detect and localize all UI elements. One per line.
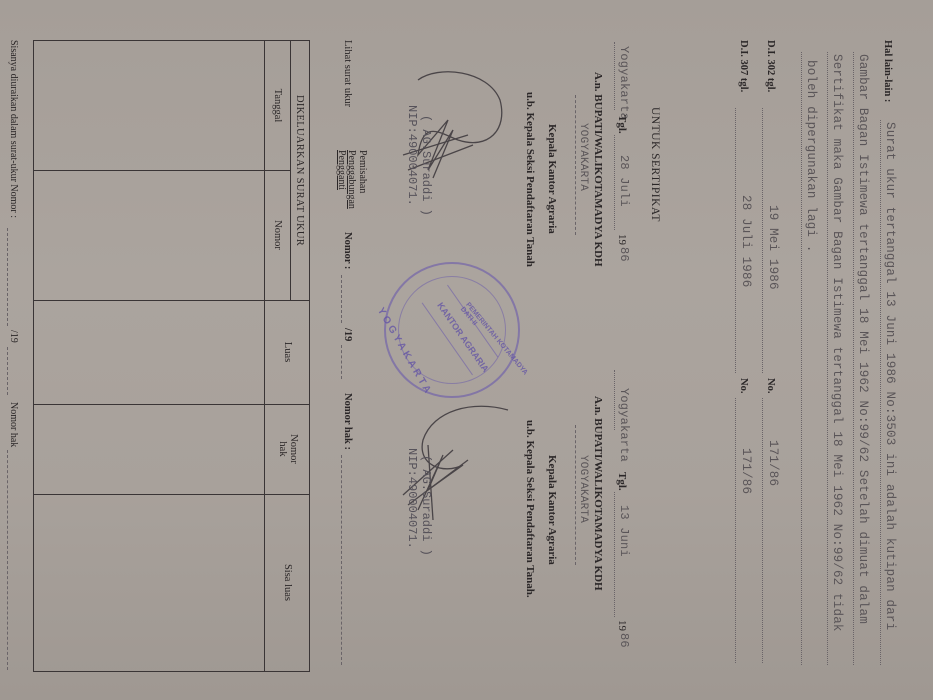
untuk-sertipikat-signer-name: ( AG.Suraddi ) — [419, 115, 433, 216]
dotted-rule — [614, 492, 615, 617]
surat-ukur-signer-nip: NIP:490004071. — [405, 448, 419, 549]
table-group-header: DIKELUARKAN SURAT UKUR — [294, 41, 305, 300]
dotted-rule — [762, 108, 763, 373]
dotted-rule — [575, 95, 576, 235]
di-307-no-label: No. — [738, 378, 749, 393]
surat-ukur-region: YOGYAKARTA — [577, 455, 589, 523]
dotted-rule — [614, 42, 615, 110]
dotted-rule — [7, 228, 8, 326]
hal-lain-lain-label: Hal lain-lain : — [882, 40, 893, 102]
di-302-no: 171/86 — [766, 440, 780, 486]
untuk-sertipikat-an-line: A.n. BUPATI/WALIKOTAMADYA KDH — [592, 72, 604, 267]
dotted-rule — [7, 450, 8, 670]
footer-label: Sisanya diuraikan dalam surat-ukur Nomor… — [8, 40, 19, 218]
dotted-rule — [341, 275, 342, 323]
hal-lain-lain-line-1: Surat ukur tertanggal 13 Juni 1986 No:35… — [883, 122, 897, 630]
surat-ukur-office: Kepala Kantor Agraria — [546, 455, 558, 565]
lihat-surat-ukur-label: Lihat surat ukur — [342, 40, 353, 107]
untuk-sertipikat-signer-nip: NIP:490004071. — [405, 105, 419, 206]
untuk-sertipikat-date: 28 Juli — [617, 155, 631, 207]
option-pemisahan: Pemisahan — [357, 150, 368, 209]
table-col-divider — [34, 300, 309, 301]
di-302-label: D.I. 302 tgl. — [765, 40, 776, 92]
dotted-rule — [853, 52, 854, 665]
di-302-no-label: No. — [765, 378, 776, 393]
dotted-rule — [801, 52, 802, 665]
untuk-sertipikat-place: Yogyakarta — [617, 46, 631, 120]
dotted-rule — [735, 108, 736, 373]
dotted-rule — [735, 398, 736, 663]
dotted-rule — [827, 52, 828, 665]
surat-ukur-ub-line: u.b. Kepala Seksi Pendaftaran Tanah. — [524, 420, 536, 598]
surat-ukur-an-line: A.n. BUPATI/WALIKOTAMADYA KDH — [592, 396, 604, 591]
surat-ukur-date: 13 Juni — [617, 505, 631, 557]
table-col-divider — [34, 404, 309, 405]
untuk-sertipikat-office: Kepala Kantor Agraria — [546, 124, 558, 234]
footer-nomor-hak-label: Nomor hak — [8, 402, 19, 447]
dikeluarkan-surat-ukur-table: DIKELUARKAN SURAT UKUR Tanggal Nomor Lua… — [33, 40, 310, 672]
col-header-nomor-hak: Nomor hak — [277, 404, 299, 494]
untuk-sertipikat-year: 86 — [617, 247, 631, 262]
lihat-nomor-hak-label: Nomor hak : — [342, 393, 353, 450]
kantor-agraria-stamp: PEMERINTAH KOTAMADYA DATI II KANTOR AGRA… — [384, 262, 520, 398]
surat-ukur-year-prefix: 19 — [616, 620, 628, 631]
surat-ukur-tgl-label: Tgl. — [616, 472, 628, 491]
untuk-sertipikat-year-prefix: 19 — [616, 234, 628, 245]
table-col-divider — [34, 494, 309, 495]
hal-lain-lain-line-4: boleh dipergunakan lagi . — [804, 60, 818, 253]
hal-lain-lain-line-2: Gambar Bagan Istimewa tertanggal 18 Mei … — [856, 54, 870, 624]
hal-lain-lain-line-3: Sertifikat maka Gambar Bagan Istimewa te… — [830, 54, 844, 632]
surat-ukur-signer-name: ( AG.Suraddi ) — [419, 455, 433, 556]
col-header-luas: Luas — [282, 300, 293, 404]
dotted-rule — [614, 370, 615, 430]
untuk-sertipikat-region: YOGYAKARTA — [577, 123, 589, 191]
col-header-sisa-luas: Sisa luas — [282, 494, 293, 671]
lihat-year-label: /19 — [342, 328, 353, 341]
di-307-label: D.I. 307 tgl. — [738, 40, 749, 92]
option-pengganti: Pengganti — [336, 150, 347, 209]
table-col-divider — [34, 170, 264, 171]
dotted-rule — [575, 425, 576, 565]
untuk-sertipikat-title: UNTUK SERTIPIKAT — [649, 107, 661, 222]
dotted-rule — [341, 345, 342, 379]
lihat-nomor-label: Nomor : — [342, 232, 353, 269]
lihat-surat-ukur-options: Pemisahan Penggabungan Pengganti — [336, 150, 368, 209]
surat-ukur-place: Yogyakarta — [617, 388, 631, 462]
col-header-nomor: Nomor — [272, 170, 283, 300]
land-certificate-page: Hal lain-lain : Surat ukur tertanggal 13… — [0, 0, 933, 700]
dotted-rule — [341, 455, 342, 665]
dotted-rule — [614, 135, 615, 230]
dotted-rule — [762, 398, 763, 663]
footer-year-label: /19 — [8, 330, 19, 343]
di-302-date: 19 Mei 1986 — [766, 205, 780, 290]
di-307-date: 28 Juli 1986 — [739, 195, 753, 287]
option-penggabungan: Penggabungan — [346, 150, 357, 209]
col-header-tanggal: Tanggal — [272, 41, 283, 170]
surat-ukur-year: 86 — [617, 633, 631, 648]
untuk-sertipikat-tgl-label: Tgl. — [616, 115, 628, 134]
dotted-rule — [7, 347, 8, 395]
untuk-sertipikat-ub-line: u.b. Kepala Seksi Pendaftaran Tanah — [524, 92, 536, 267]
dotted-rule — [880, 120, 881, 665]
di-307-no: 171/86 — [739, 448, 753, 494]
